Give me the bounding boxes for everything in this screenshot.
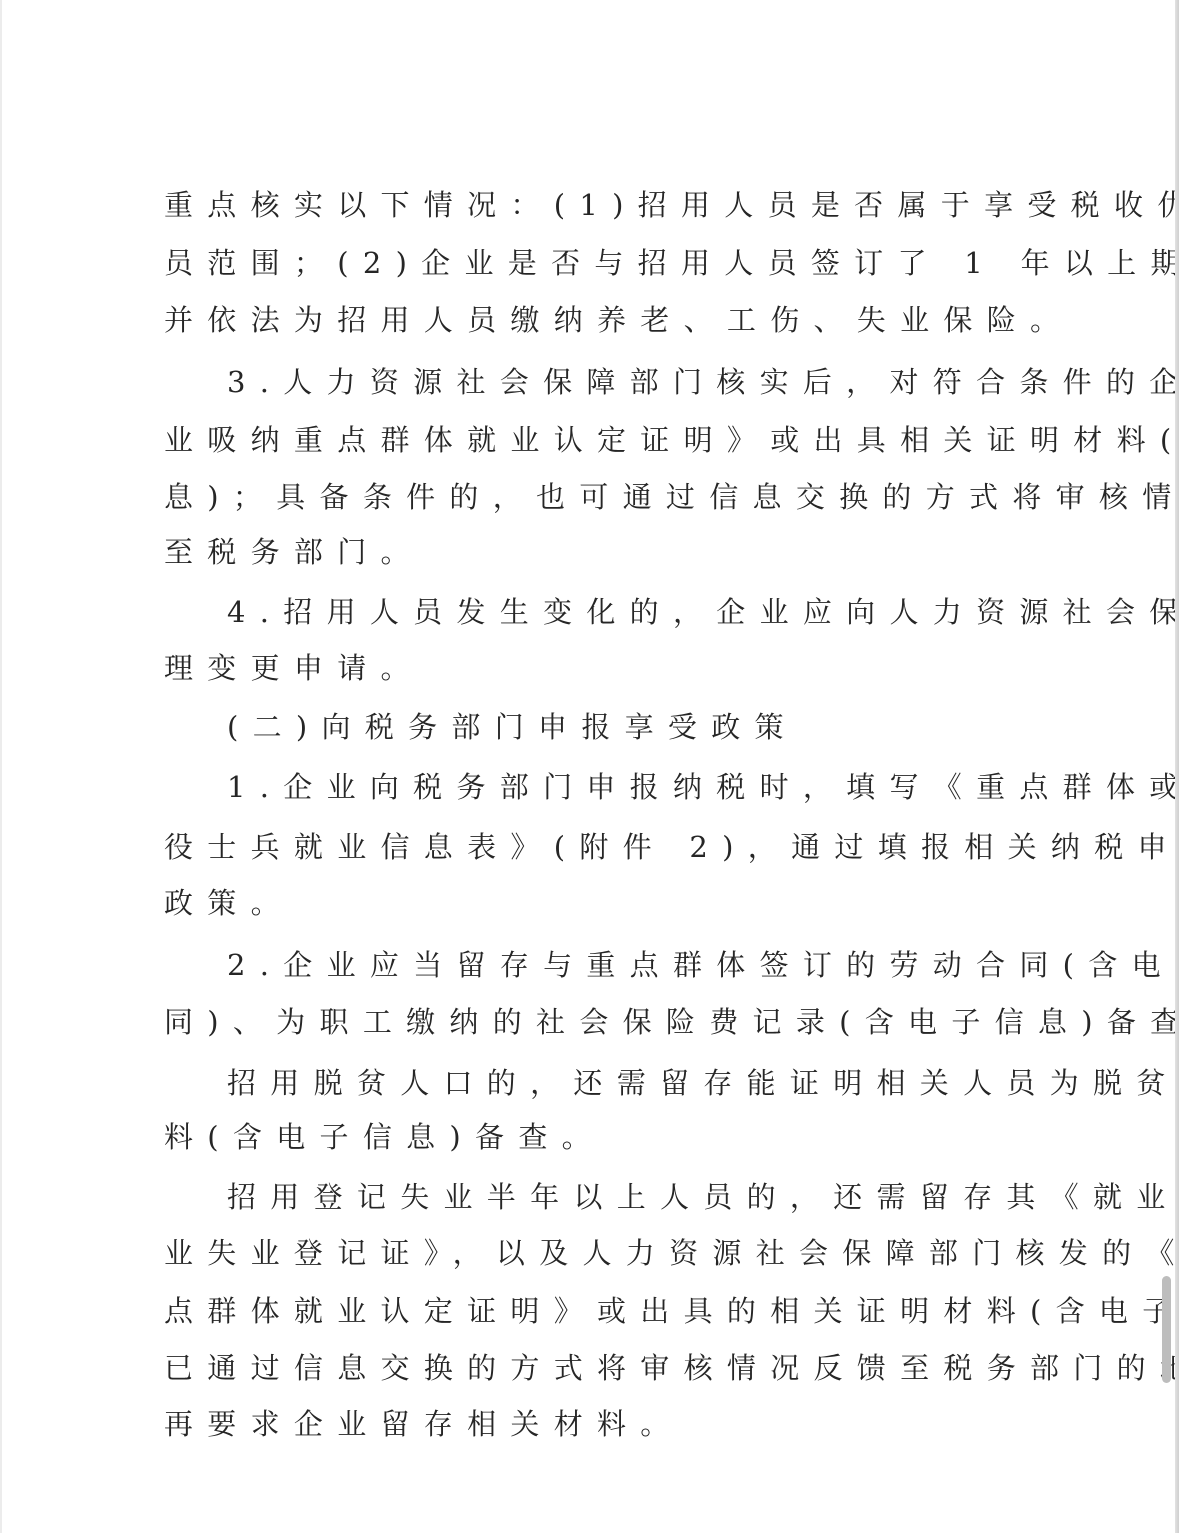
text-line: 3.人力资源社会保障部门核实后，对符合条件的企业核发《企 <box>227 362 1036 402</box>
text-line: 再要求企业留存相关材料。 <box>164 1404 1036 1444</box>
page-edge <box>1175 0 1179 1533</box>
text-line: 料(含电子信息)备查。 <box>164 1117 1036 1157</box>
text-line: 员范围；(2)企业是否与招用人员签订了 1 年以上期限劳动合同， <box>164 243 1036 283</box>
text-line: 息)；具备条件的，也可通过信息交换的方式将审核情况及时反馈 <box>164 477 1036 517</box>
text-line: 招用登记失业半年以上人员的，还需留存其《就业创业证》《就 <box>227 1177 1036 1217</box>
text-line: 役士兵就业信息表》(附件 2)，通过填报相关纳税申报表申报享受 <box>164 827 1036 867</box>
text-line: 业失业登记证》，以及人力资源社会保障部门核发的《企业吸纳重 <box>164 1233 1036 1273</box>
text-line: 理变更申请。 <box>164 648 1036 688</box>
text-line: 并依法为招用人员缴纳养老、工伤、失业保险。 <box>164 300 1036 340</box>
text-line: 1.企业向税务部门申报纳税时，填写《重点群体或自主就业退 <box>227 767 1036 807</box>
text-line: 点群体就业认定证明》或出具的相关证明材料(含电子信息)备查； <box>164 1291 1036 1331</box>
text-line: 业吸纳重点群体就业认定证明》或出具相关证明材料(含电子信 <box>164 420 1036 460</box>
text-line: 重点核实以下情况：(1)招用人员是否属于享受税收优惠政策的人 <box>164 185 1036 225</box>
text-line: 至税务部门。 <box>164 532 1036 572</box>
document-page: 重点核实以下情况：(1)招用人员是否属于享受税收优惠政策的人 员范围；(2)企业… <box>0 0 1179 1533</box>
section-heading: (二)向税务部门申报享受政策 <box>227 707 1036 747</box>
text-line: 招用脱贫人口的，还需留存能证明相关人员为脱贫人口的材 <box>227 1063 1036 1103</box>
vertical-scrollbar-thumb[interactable] <box>1162 1276 1171 1383</box>
text-line: 政策。 <box>164 883 1036 923</box>
text-line: 同)、为职工缴纳的社会保险费记录(含电子信息)备查。 <box>164 1002 1036 1042</box>
text-line: 2.企业应当留存与重点群体签订的劳动合同(含电子劳动合 <box>227 945 1036 985</box>
text-line: 4.招用人员发生变化的，企业应向人力资源社会保障部门办 <box>227 592 1036 632</box>
text-line: 已通过信息交换的方式将审核情况反馈至税务部门的地区，可不 <box>164 1348 1036 1388</box>
